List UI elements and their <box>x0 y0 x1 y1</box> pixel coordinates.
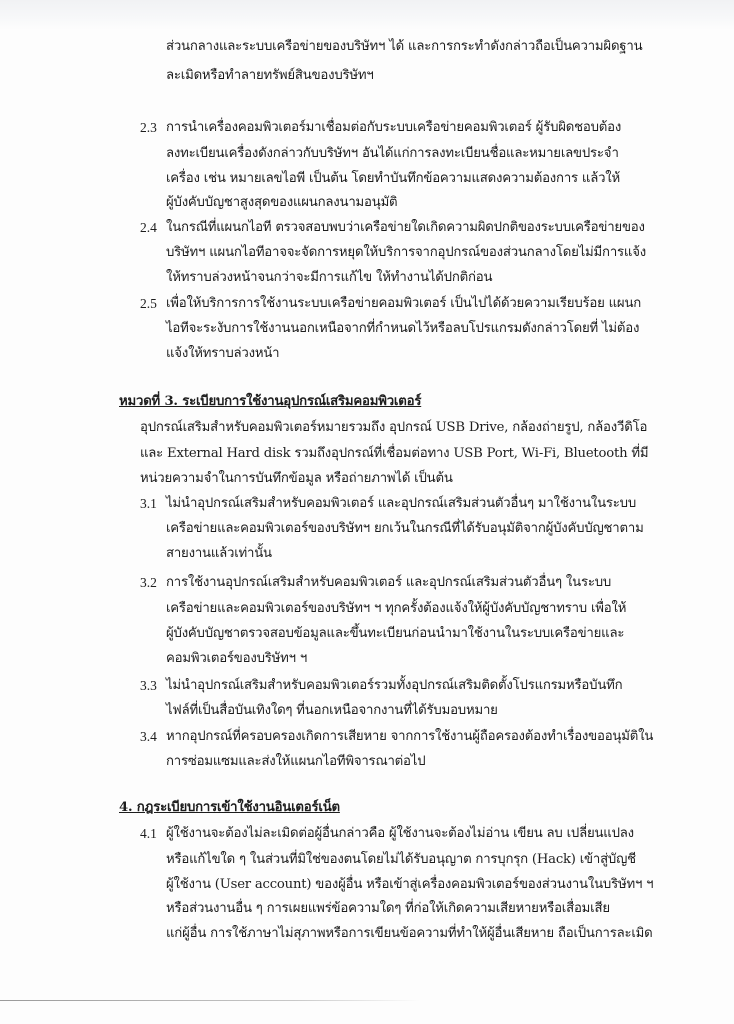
intro-text-line: และ External Hard disk รวมถึงอุปกรณ์ที่เ… <box>140 443 648 465</box>
item-text-line: หรือแก้ไขใด ๆ ในส่วนที่มิใช่ของตนโดยไม่ไ… <box>166 849 636 871</box>
item-text-line: หรือส่วนงานอื่น ๆ การเผยแพร่ข้อความใดๆ ท… <box>166 898 610 920</box>
item-text-line: เครือข่ายและคอมพิวเตอร์ของบริษัทฯ ยกเว้น… <box>166 518 644 540</box>
section-heading: หมวดที่ 3. ระเบียบการใช้งานอุปกรณ์เสริมค… <box>119 391 421 413</box>
item-text-line: สายงานแล้วเท่านั้น <box>166 543 272 565</box>
item-text-line: เพื่อให้บริการการใช้งานระบบเครือข่ายคอมพ… <box>166 293 641 315</box>
item-number: 3.4 <box>140 726 157 748</box>
section-heading: 4. กฎระเบียบการเข้าใช้งานอินเตอร์เน็ต <box>119 797 340 819</box>
item-text-line: การซ่อมแซมและส่งให้แผนกไอทีพิจารณาต่อไป <box>166 751 425 773</box>
document-page: ส่วนกลางและระบบเครือข่ายของบริษัทฯ ได้ แ… <box>0 0 734 1024</box>
item-number: 2.3 <box>140 117 157 139</box>
intro-text-line: อุปกรณ์เสริมสำหรับคอมพิวเตอร์หมายรวมถึง … <box>140 417 647 439</box>
item-text-line: บริษัทฯ แผนกไอทีอาจจะจัดการหยุดให้บริการ… <box>166 242 646 264</box>
item-text-line: ไฟล์ที่เป็นสื่อบันเทิงใดๆ ที่นอกเหนือจาก… <box>166 700 498 722</box>
item-text-line: แก่ผู้อื่น การใช้ภาษาไม่สุภาพหรือการเขีย… <box>166 923 653 945</box>
item-text-line: หากอุปกรณ์ที่ครอบครองเกิดการเสียหาย จากก… <box>166 726 653 748</box>
item-text-line: ไม่นำอุปกรณ์เสริมสำหรับคอมพิวเตอร์ และอุ… <box>166 493 636 515</box>
item-text-line: เครื่อง เช่น หมายเลขไอพี เป็นต้น โดยทำบั… <box>166 168 620 190</box>
item-text-line: ผู้ใช้งานจะต้องไม่ละเมิดต่อผู้อื่นกล่าวค… <box>166 823 634 845</box>
item-text-line: แจ้งให้ทราบล่วงหน้า <box>166 343 279 365</box>
item-text-line: การนำเครื่องคอมพิวเตอร์มาเชื่อมต่อกับระบ… <box>166 117 621 139</box>
item-text-line: ไอทีจะระงับการใช้งานนอกเหนือจากที่กำหนดไ… <box>166 318 639 340</box>
continuation-line: ละเมิดหรือทำลายทรัพย์สินของบริษัทฯ <box>166 65 374 87</box>
continuation-line: ส่วนกลางและระบบเครือข่ายของบริษัทฯ ได้ แ… <box>166 36 642 58</box>
item-text-line: ให้ทราบล่วงหน้าจนกว่าจะมีการแก้ไข ให้ทำง… <box>166 267 492 289</box>
item-text-line: ไม่นำอุปกรณ์เสริมสำหรับคอมพิวเตอร์รวมทั้… <box>166 675 622 697</box>
item-text-line: เครือข่ายและคอมพิวเตอร์ของบริษัทฯ ฯ ทุกค… <box>166 598 626 620</box>
item-number: 3.1 <box>140 493 157 515</box>
item-number: 4.1 <box>140 823 157 845</box>
item-text-line: คอมพิวเตอร์ของบริษัทฯ ฯ <box>166 648 307 670</box>
intro-text-line: หน่วยความจำในการบันทึกข้อมูล หรือถ่ายภาพ… <box>140 468 453 490</box>
item-number: 3.2 <box>140 572 157 594</box>
item-text-line: การใช้งานอุปกรณ์เสริมสำหรับคอมพิวเตอร์ แ… <box>166 572 611 594</box>
item-number: 2.4 <box>140 217 157 239</box>
item-text-line: ลงทะเบียนเครื่องดังกล่าวกับบริษัทฯ อันได… <box>166 143 619 165</box>
item-text-line: ผู้บังคับบัญชาสูงสุดของแผนกลงนามอนุมัติ <box>166 192 397 214</box>
item-number: 2.5 <box>140 293 157 315</box>
item-text-line: ในกรณีที่แผนกไอที ตรวจสอบพบว่าเครือข่ายใ… <box>166 217 645 239</box>
item-text-line: ผู้ใช้งาน (User account) ของผู้อื่น หรือ… <box>166 874 653 896</box>
item-number: 3.3 <box>140 675 157 697</box>
item-text-line: ผู้บังคับบัญชาตรวจสอบข้อมูลและขึ้นทะเบีย… <box>166 623 624 645</box>
